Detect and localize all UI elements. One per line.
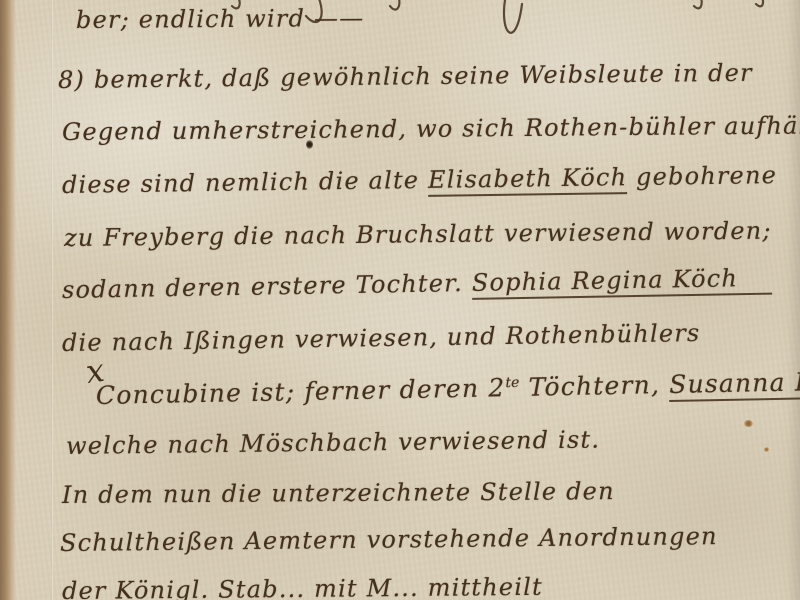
superscript-insertion: te: [505, 375, 519, 391]
line-text: gebohrene: [627, 161, 777, 191]
handwritten-line: sodann deren erstere Tochter. Sophia Reg…: [62, 264, 773, 304]
manuscript-page: x ber; endlich wird —— 8) bemerkt, daß g…: [0, 0, 800, 600]
ink-stain: [744, 420, 753, 427]
handwritten-line: ber; endlich wird ——: [76, 4, 365, 34]
handwritten-line: zu Freyberg die nach Bruchslatt verwiese…: [64, 217, 772, 252]
ink-stain: [764, 447, 769, 452]
handwritten-line: Gegend umherstreichend, wo sich Rothen-b…: [62, 111, 800, 146]
handwritten-line: Schultheißen Aemtern vorstehende Anordnu…: [60, 522, 718, 557]
paper-crease: [51, 0, 54, 600]
handwritten-line: welche nach Möschbach verwiesend ist.: [66, 425, 600, 460]
underlined-name-susanna-koech: Susanna Köch: [669, 366, 800, 402]
handwritten-line: diese sind nemlich die alte Elisabeth Kö…: [62, 161, 777, 199]
page-right-edge: [778, 0, 800, 600]
underlined-name-elisabeth-koech: Elisabeth Köch: [428, 163, 628, 197]
handwritten-line: der Königl. Stab... mit M... mittheilt: [62, 573, 543, 600]
line-text: sodann deren erstere Tochter.: [62, 269, 472, 304]
line-text: Töchtern,: [519, 370, 669, 402]
handwritten-line: 8) bemerkt, daß gewöhnlich seine Weibsle…: [58, 59, 753, 94]
handwritten-line: die nach Ißingen verwiesen, und Rothenbü…: [62, 319, 701, 357]
line-text: Concubine ist; ferner deren 2: [96, 373, 506, 410]
page-left-edge: [0, 0, 16, 600]
handwritten-line: Concubine ist; ferner deren 2te Töchtern…: [96, 366, 800, 410]
line-text: diese sind nemlich die alte: [62, 166, 428, 199]
handwritten-line: In dem nun die unterzeichnete Stelle den: [62, 477, 615, 509]
underlined-name-sophia-regina-koech: Sophia Regina Köch: [472, 264, 773, 300]
